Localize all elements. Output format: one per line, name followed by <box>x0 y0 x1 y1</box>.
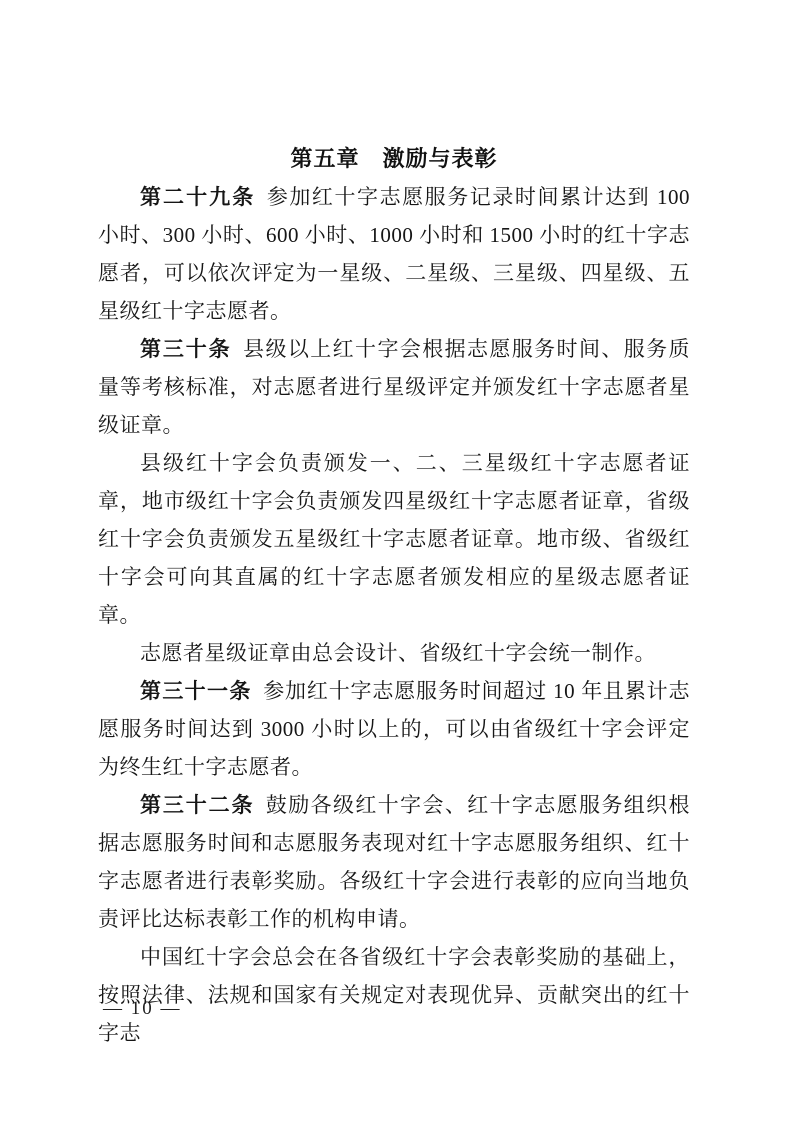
paragraph: 志愿者星级证章由总会设计、省级红十字会统一制作。 <box>98 634 690 672</box>
paragraph: 第三十二条鼓励各级红十字会、红十字志愿服务组织根据志愿服务时间和志愿服务表现对红… <box>98 786 690 938</box>
article-number: 第三十一条 <box>140 679 252 703</box>
paragraph: 中国红十字会总会在各省级红十字会表彰奖励的基础上，按照法律、法规和国家有关规定对… <box>98 938 690 1052</box>
paragraph: 县级红十字会负责颁发一、二、三星级红十字志愿者证章，地市级红十字会负责颁发四星级… <box>98 444 690 634</box>
paragraph: 第二十九条参加红十字志愿服务记录时间累计达到 100 小时、300 小时、600… <box>98 178 690 330</box>
paragraph-text: 中国红十字会总会在各省级红十字会表彰奖励的基础上，按照法律、法规和国家有关规定对… <box>98 945 690 1045</box>
article-number: 第三十条 <box>140 337 232 361</box>
page-number: — 10 — <box>103 998 182 1020</box>
paragraph: 第三十条县级以上红十字会根据志愿服务时间、服务质量等考核标准，对志愿者进行星级评… <box>98 330 690 444</box>
paragraph-text: 县级红十字会负责颁发一、二、三星级红十字志愿者证章，地市级红十字会负责颁发四星级… <box>98 451 690 627</box>
paragraph: 第三十一条参加红十字志愿服务时间超过 10 年且累计志愿服务时间达到 3000 … <box>98 672 690 786</box>
document-body: 第五章 激励与表彰 第二十九条参加红十字志愿服务记录时间累计达到 100 小时、… <box>98 140 690 1052</box>
article-number: 第二十九条 <box>140 185 255 209</box>
document-page: 第五章 激励与表彰 第二十九条参加红十字志愿服务记录时间累计达到 100 小时、… <box>0 0 794 1123</box>
article-number: 第三十二条 <box>140 793 254 817</box>
paragraph-text: 志愿者星级证章由总会设计、省级红十字会统一制作。 <box>140 641 656 665</box>
chapter-title: 第五章 激励与表彰 <box>98 140 690 178</box>
